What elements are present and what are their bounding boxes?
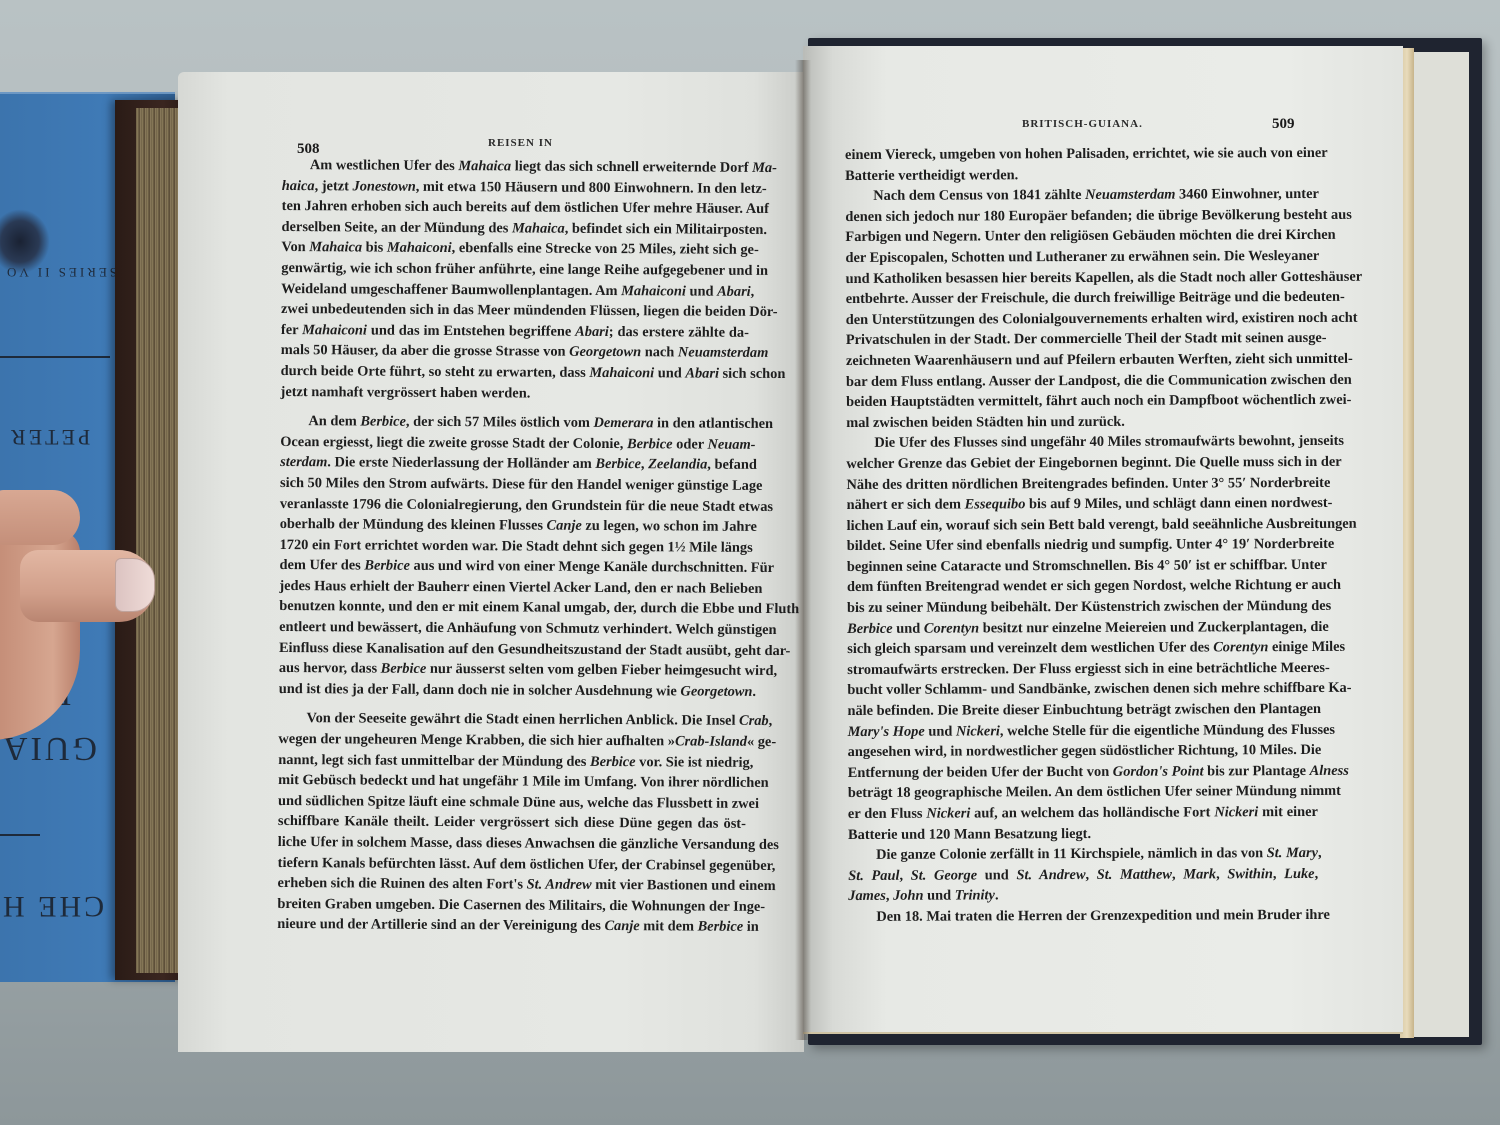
left-text-line: und ist dies ja der Fall, dann doch nie … [279, 679, 747, 702]
finger [0, 490, 80, 545]
thumbnail [115, 558, 155, 612]
hand-holding-book [0, 490, 195, 740]
left-text-line: Von Mahaica bis Mahaiconi, ebenfalls ein… [281, 237, 749, 260]
right-text-line: welcher Grenze das Gebiet der Eingeborne… [846, 452, 1316, 475]
left-text-line: durch beide Orte führt, so steht zu erwa… [281, 361, 749, 384]
running-head-left: REISEN IN [488, 137, 553, 149]
right-text-line: sich gleich sparsam und vereinzelt dem w… [847, 637, 1317, 660]
left-text-line: fer Mahaiconi und das im Entstehen begri… [281, 320, 749, 343]
right-text-line: Berbice und Corentyn besitzt nur einzeln… [847, 617, 1317, 640]
ornament-icon [0, 209, 50, 274]
right-text-line: Die Ufer des Flusses sind ungefähr 40 Mi… [846, 431, 1316, 454]
left-text-line: genwärtig, wie ich schon früher anführte… [281, 258, 749, 281]
left-text-line: zwei unbedeutenden sich in das Meer münd… [281, 299, 749, 322]
left-text-line: Am westlichen Ufer des Mahaica liegt das… [282, 155, 750, 178]
right-text-line: St. Paul, St. George und St. Andrew, St.… [848, 864, 1318, 887]
right-text-line: Nach dem Census von 1841 zählte Neuamste… [845, 184, 1315, 207]
right-text-line: James, John und Trinity. [848, 884, 1318, 907]
spine-text-peter: PETER [8, 424, 90, 450]
right-text-line: denen sich jedoch nur 180 Europäer befan… [845, 205, 1315, 228]
left-text-line: Weideland umgeschaffener Baumwollenplant… [281, 279, 749, 302]
right-text-line: angesehen wird, in nordwestlicher gegen … [848, 740, 1318, 763]
left-text-line: mals 50 Häuser, da aber die grosse Stras… [281, 340, 749, 363]
left-text-line: sterdam. Die erste Niederlassung der Hol… [280, 452, 748, 475]
left-text-line: An dem Berbice, der sich 57 Miles östlic… [280, 411, 748, 434]
left-text-line: Von der Seeseite gewährt die Stadt einen… [278, 708, 746, 731]
left-text-line: schiffbare Kanäle theilt. Leider vergrös… [278, 811, 746, 834]
right-text-line: Batterie und 120 Mann Besatzung liegt. [848, 823, 1318, 846]
left-text-line: nannt, legt sich fast unmittelbar der Mü… [278, 750, 746, 773]
right-text-line: Batterie vertheidigt werden. [845, 164, 1315, 187]
right-text-line: stromaufwärts erstrecken. Der Fluss ergi… [847, 658, 1317, 681]
right-text-line: bildet. Seine Ufer sind ebenfalls niedri… [847, 534, 1317, 557]
left-text-line: haica, jetzt Jonestown, mit etwa 150 Häu… [282, 176, 750, 199]
right-text-line: der Episcopalen, Schotten und Lutheraner… [845, 246, 1315, 269]
left-text-line: mit Gebüsch bedeckt und hat ungefähr 1 M… [278, 770, 746, 793]
right-text-line: beginnen seine Cataracte und Stromschnel… [847, 555, 1317, 578]
right-text-line: Privatschulen in der Stadt. Der commerci… [846, 328, 1316, 351]
right-page-body-text: einem Viereck, umgeben von hohen Palisad… [845, 143, 1318, 928]
right-text-line: entbehrte. Ausser der Freischule, die du… [846, 287, 1316, 310]
left-text-line: liche Ufer in solchem Masse, dass dieses… [278, 832, 746, 855]
left-text-line: jedes Haus erhielt der Bauherr einen Vie… [279, 576, 747, 599]
right-text-line: Den 18. Mai traten die Herren der Grenze… [848, 905, 1318, 928]
left-text-line: oberhalb der Mündung des kleinen Flusses… [280, 514, 748, 537]
right-text-line: Entfernung der beiden Ufer der Bucht von… [848, 761, 1318, 784]
running-head-right: BRITISCH-GUIANA. [1022, 118, 1143, 130]
right-text-line: zeichneten Waarenhäusern und auf Pfeiler… [846, 349, 1316, 372]
right-text-line: und Katholiken besassen hier bereits Kap… [846, 267, 1316, 290]
spine-text-che: CHE H [0, 889, 104, 923]
right-text-line: den Unterstützungen des Colonialgouverne… [846, 308, 1316, 331]
left-text-line: Ocean ergiesst, liegt die zweite grosse … [280, 432, 748, 455]
right-text-line: näle befinden. Die Breite dieser Einbuch… [847, 699, 1317, 722]
left-text-line: benutzen konnte, und den er mit einem Ka… [279, 596, 747, 619]
left-text-line: nieure und der Artillerie sind an der Ve… [277, 914, 745, 937]
right-text-line: Nähe des dritten nördlichen Breitengrade… [846, 472, 1316, 495]
right-text-line: mal zwischen beiden Städten hin und zurü… [846, 411, 1316, 434]
left-text-line: erheben sich die Ruinen des alten Fort's… [277, 873, 745, 896]
left-text-line: breiten Graben umgeben. Die Casernen des… [277, 894, 745, 917]
right-text-line: bucht voller Schlamm- und Sandbänke, zwi… [847, 678, 1317, 701]
left-text-line: und südlichen Spitze läuft eine schmale … [278, 791, 746, 814]
right-text-line: Die ganze Colonie zerfällt in 11 Kirchsp… [848, 843, 1318, 866]
left-text-line: wegen der ungeheuren Menge Krabben, die … [278, 729, 746, 752]
right-text-line: Farbigen und Negern. Unter den religiöse… [845, 225, 1315, 248]
left-text-line: veranlasste 1796 die Colonialregierung, … [280, 493, 748, 516]
right-text-line: Mary's Hope und Nickeri, welche Stelle f… [848, 720, 1318, 743]
right-text-line: beiden Hauptstädten vermittelt, fährt au… [846, 390, 1316, 413]
right-text-line: lichen Lauf ein, worauf sich sein Bett b… [847, 514, 1317, 537]
right-text-line: nähert er sich dem Essequibo bis auf 9 M… [847, 493, 1317, 516]
right-text-line: bis zu seiner Mündung beibehält. Der Küs… [847, 596, 1317, 619]
left-text-line: tiefern Kanals befürchten lässt. Auf dem… [278, 853, 746, 876]
left-text-line: sich 50 Miles den Strom aufwärts. Diese … [280, 473, 748, 496]
left-text-line: entleert und bewässert, die Anhäufung vo… [279, 617, 747, 640]
left-text-line: dem Ufer des Berbice aus und wird von ei… [279, 555, 747, 578]
left-text-line: jetzt namhaft vergrössert haben werden. [280, 382, 748, 405]
page-number-right: 509 [1272, 116, 1295, 133]
right-text-line: dem fünften Breitengrad wendet er sich g… [847, 575, 1317, 598]
left-text-line: 1720 ein Fort errichtet worden war. Die … [280, 535, 748, 558]
spine-rule-2 [0, 834, 40, 836]
spine-rule [0, 356, 110, 358]
right-text-line: bar dem Fluss entlang. Ausser der Landpo… [846, 369, 1316, 392]
book-gutter [795, 60, 811, 1040]
left-text-line: derselben Seite, an der Mündung des Maha… [281, 217, 749, 240]
endpaper-right [1405, 52, 1469, 1037]
right-text-line: er den Fluss Nickeri auf, an welchem das… [848, 802, 1318, 825]
left-text-line: Einfluss diese Kanalisation auf den Gesu… [279, 638, 747, 661]
left-page-body-text: Am westlichen Ufer des Mahaica liegt das… [277, 155, 750, 938]
left-text-line: aus hervor, dass Berbice nur äusserst se… [279, 658, 747, 681]
right-text-line: beträgt 18 geographische Meilen. An dem … [848, 781, 1318, 804]
right-text-line: einem Viereck, umgeben von hohen Palisad… [845, 143, 1315, 166]
left-text-line: ten Jahren erhoben sich auch bereits auf… [282, 196, 750, 219]
